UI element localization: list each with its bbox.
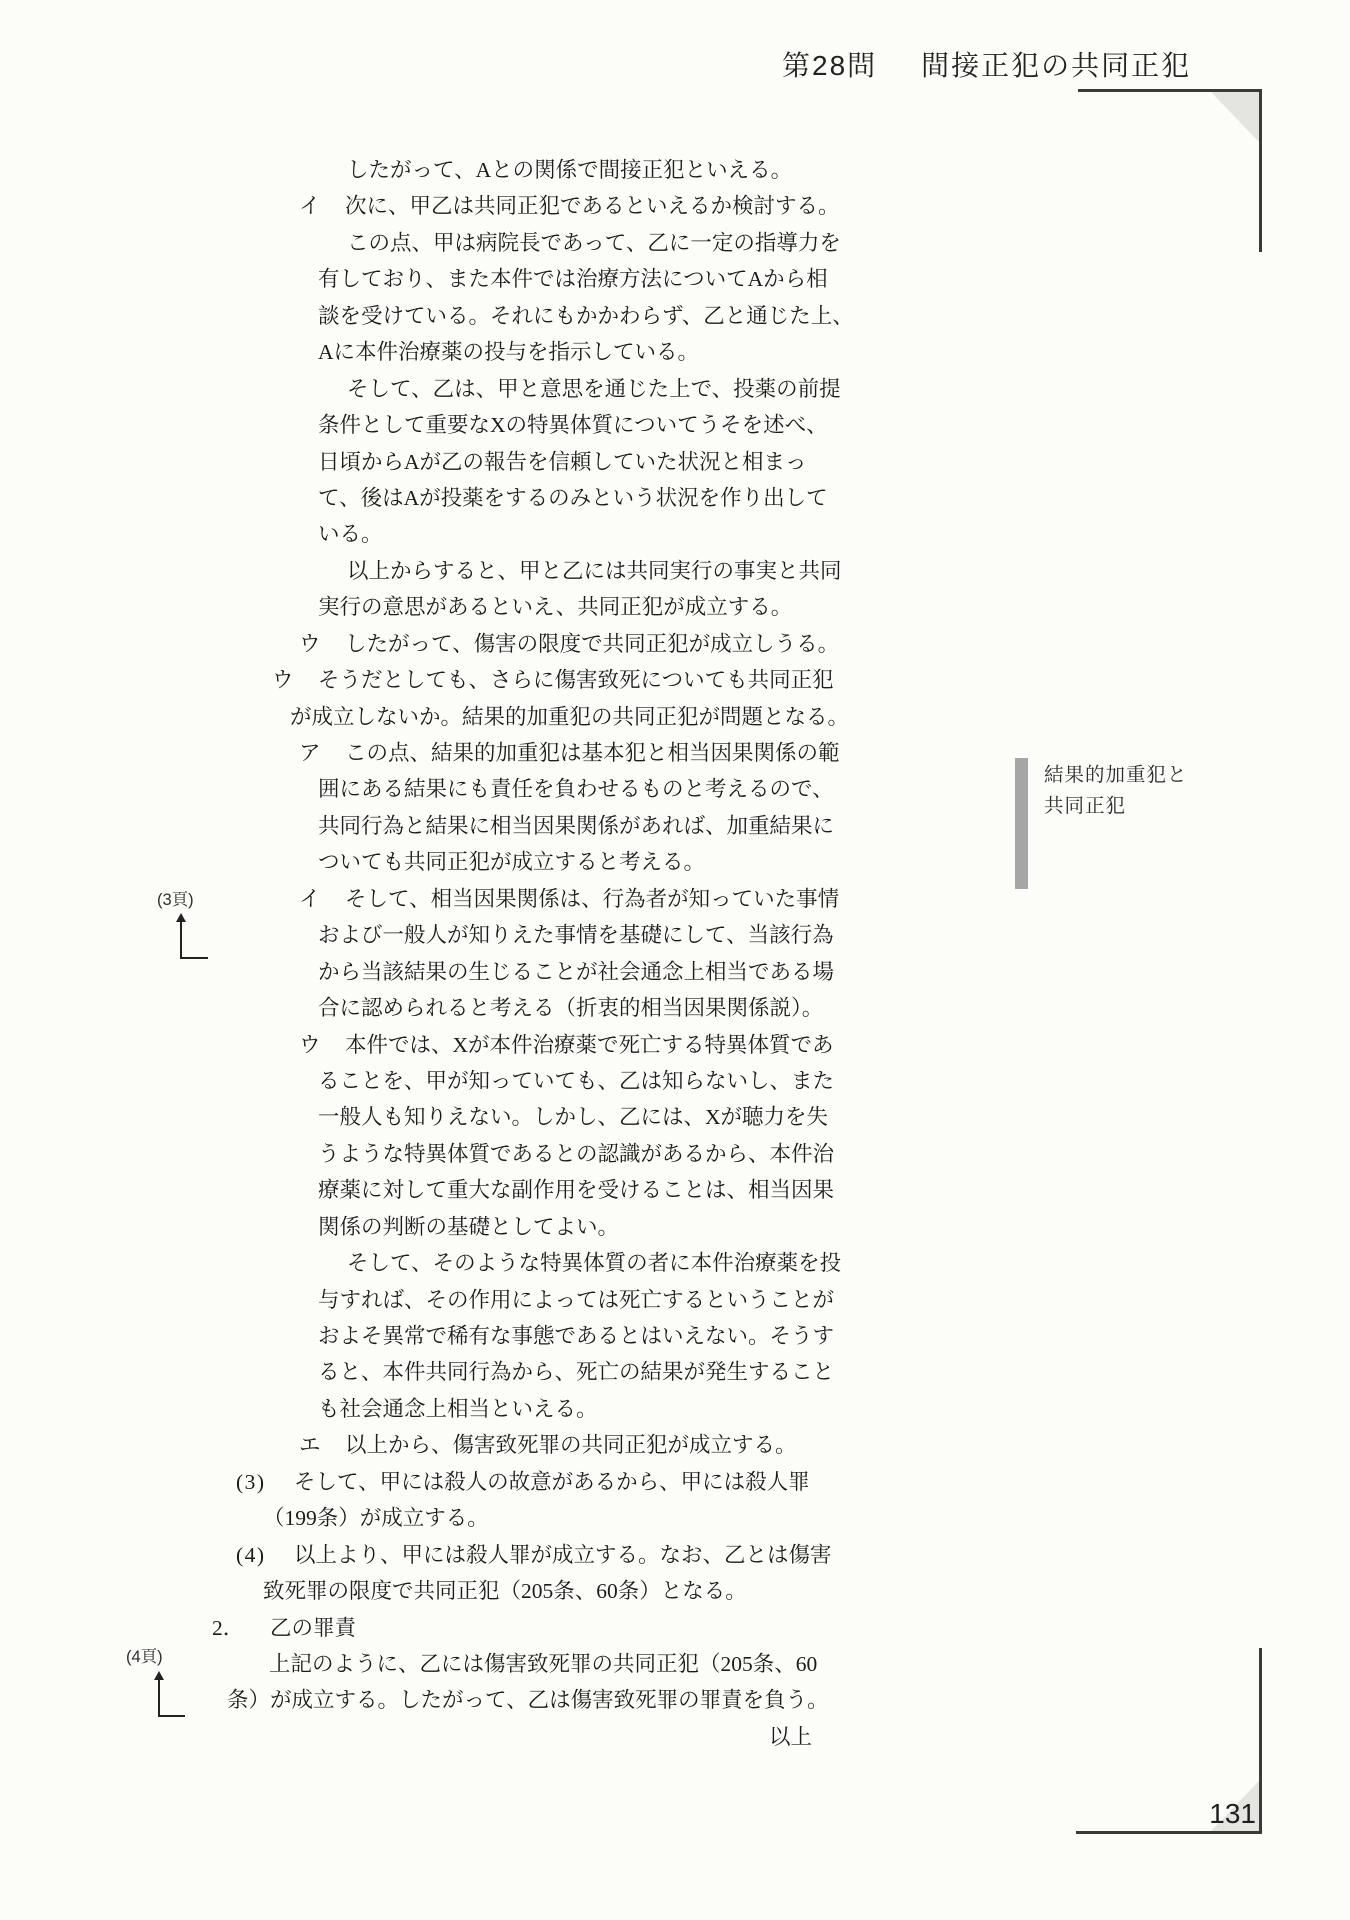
line-text: から当該結果の生じることが社会通念上相当である場 (318, 960, 834, 984)
line-text: したがって、傷害の限度で共同正犯が成立しうる。 (345, 632, 839, 656)
line-text: 条件として重要なXの特異体質についてうそを述べ、 (318, 413, 828, 437)
line-text: ると、本件共同行為から、死亡の結果が発生すること (318, 1360, 834, 1384)
line-text: この点、結果的加重犯は基本犯と相当因果関係の範 (345, 741, 840, 765)
list-marker: ウ (272, 662, 294, 698)
text-line: したがって、Aとの関係で間接正犯といえる。 (0, 152, 1350, 188)
header-rule (1078, 89, 1262, 92)
text-line: も社会通念上相当といえる。 (0, 1391, 1350, 1427)
list-marker: ウ (299, 626, 321, 662)
side-note-line: 結果的加重犯と (1044, 760, 1264, 791)
list-marker: イ (299, 188, 321, 224)
text-line: 条件として重要なXの特異体質についてうそを述べ、 (0, 407, 1350, 443)
corner-fold-top (1211, 92, 1259, 142)
text-line: そして、そのような特異体質の者に本件治療薬を投 (0, 1245, 1350, 1281)
text-line: うような特異体質であるとの認識があるから、本件治 (0, 1136, 1350, 1172)
text-line: エ以上から、傷害致死罪の共同正犯が成立する。 (0, 1427, 1350, 1463)
header-title: 間接正犯の共同正犯 (921, 50, 1191, 81)
text-line: 談を受けている。それにもかかわらず、乙と通じた上、 (0, 298, 1350, 334)
line-text: Aに本件治療薬の投与を指示している。 (318, 340, 699, 364)
line-text: 以上からすると、甲と乙には共同実行の事実と共同 (347, 559, 842, 583)
text-line: 上記のように、乙には傷害致死罪の共同正犯（205条、60 (0, 1646, 1350, 1682)
text-line: ることを、甲が知っていても、乙は知らないし、また (0, 1063, 1350, 1099)
line-text: ついても共同正犯が成立すると考える。 (318, 850, 705, 874)
line-text: この点、甲は病院長であって、乙に一定の指導力を (347, 231, 841, 255)
margin-marker-page3-arrow-stem (180, 921, 182, 959)
margin-marker-page4: (4頁) (126, 1643, 163, 1667)
margin-marker-page4-arrow-base (158, 1715, 185, 1717)
line-text: 実行の意思があるといえ、共同正犯が成立する。 (318, 595, 792, 619)
text-line: 以上 (0, 1719, 1350, 1755)
text-line: 致死罪の限度で共同正犯（205条、60条）となる。 (0, 1573, 1350, 1609)
text-line: ウそうだとしても、さらに傷害致死についても共同正犯 (0, 662, 1350, 698)
list-marker: (3) (236, 1464, 266, 1500)
text-line: 実行の意思があるといえ、共同正犯が成立する。 (0, 589, 1350, 625)
line-text: 致死罪の限度で共同正犯（205条、60条）となる。 (263, 1579, 747, 1603)
text-line: ついても共同正犯が成立すると考える。 (0, 844, 1350, 880)
line-text: そして、相当因果関係は、行為者が知っていた事情 (345, 887, 839, 911)
line-text: 乙の罪責 (270, 1616, 356, 1640)
line-text: 談を受けている。それにもかかわらず、乙と通じた上、 (318, 304, 854, 328)
text-line: イそして、相当因果関係は、行為者が知っていた事情 (0, 881, 1350, 917)
page-header: 第28問間接正犯の共同正犯 (782, 44, 1191, 84)
list-marker: ア (299, 735, 321, 771)
text-line: ウしたがって、傷害の限度で共同正犯が成立しうる。 (0, 626, 1350, 662)
text-line: この点、甲は病院長であって、乙に一定の指導力を (0, 225, 1350, 261)
text-line: 療薬に対して重大な副作用を受けることは、相当因果 (0, 1172, 1350, 1208)
text-line: （199条）が成立する。 (0, 1500, 1350, 1536)
corner-line-bottom-horizontal (1076, 1831, 1262, 1834)
line-text: 以上 (769, 1725, 812, 1749)
line-text: 日頃からAが乙の報告を信頼していた状況と相まっ (318, 450, 807, 474)
line-text: 囲にある結果にも責任を負わせるものと考えるので、 (318, 777, 834, 801)
line-text: そして、乙は、甲と意思を通じた上で、投薬の前提 (347, 377, 841, 401)
text-line: ると、本件共同行為から、死亡の結果が発生すること (0, 1354, 1350, 1390)
line-text: そして、そのような特異体質の者に本件治療薬を投 (347, 1251, 841, 1275)
line-text: 以上から、傷害致死罪の共同正犯が成立する。 (345, 1433, 797, 1457)
text-line: 条）が成立する。したがって、乙は傷害致死罪の罪責を負う。 (0, 1682, 1350, 1718)
text-line: イ次に、甲乙は共同正犯であるといえるか検討する。 (0, 188, 1350, 224)
text-line: 以上からすると、甲と乙には共同実行の事実と共同 (0, 553, 1350, 589)
text-line: Aに本件治療薬の投与を指示している。 (0, 334, 1350, 370)
text-line: 有しており、また本件では治療方法についてAから相 (0, 261, 1350, 297)
text-line: (3)そして、甲には殺人の故意があるから、甲には殺人罪 (0, 1464, 1350, 1500)
line-text: 条）が成立する。したがって、乙は傷害致死罪の罪責を負う。 (227, 1688, 829, 1712)
side-note-line: 共同正犯 (1044, 791, 1264, 822)
line-text: 療薬に対して重大な副作用を受けることは、相当因果 (318, 1178, 834, 1202)
side-note-text: 結果的加重犯と 共同正犯 (1044, 760, 1264, 822)
text-line: ウ本件では、Xが本件治療薬で死亡する特異体質であ (0, 1027, 1350, 1063)
list-marker: (4) (236, 1537, 266, 1573)
text-line: およそ異常で稀有な事態であるとはいえない。そうす (0, 1318, 1350, 1354)
line-text: 上記のように、乙には傷害致死罪の共同正犯（205条、60 (269, 1652, 817, 1676)
book-page: 第28問間接正犯の共同正犯 したがって、Aとの関係で間接正犯といえる。イ次に、甲… (0, 0, 1350, 1920)
line-text: ることを、甲が知っていても、乙は知らないし、また (318, 1069, 834, 1093)
text-line: 2．乙の罪責 (0, 1610, 1350, 1646)
line-text: 以上より、甲には殺人罪が成立する。なお、乙とは傷害 (294, 1543, 832, 1567)
line-text: 共同行為と結果に相当因果関係があれば、加重結果に (318, 814, 834, 838)
line-text: 関係の判断の基礎としてよい。 (318, 1215, 619, 1239)
text-line: 日頃からAが乙の報告を信頼していた状況と相まっ (0, 444, 1350, 480)
side-note-bar (1015, 758, 1028, 889)
line-text: 合に認められると考える（折衷的相当因果関係説）。 (318, 996, 823, 1020)
line-text: うような特異体質であるとの認識があるから、本件治 (318, 1142, 834, 1166)
text-line: て、後はAが投薬をするのみという状況を作り出して (0, 480, 1350, 516)
line-text: 一般人も知りえない。しかし、乙には、Xが聴力を失 (318, 1105, 828, 1129)
line-text: が成立しないか。結果的加重犯の共同正犯が問題となる。 (290, 705, 849, 729)
margin-marker-page3-arrow-base (180, 957, 208, 959)
line-text: したがって、Aとの関係で間接正犯といえる。 (347, 158, 792, 182)
line-text: 本件では、Xが本件治療薬で死亡する特異体質であ (345, 1033, 834, 1057)
line-text: そうだとしても、さらに傷害致死についても共同正犯 (318, 668, 834, 692)
line-text: も社会通念上相当といえる。 (318, 1397, 598, 1421)
line-text: （199条）が成立する。 (263, 1506, 489, 1530)
line-text: いる。 (318, 522, 383, 546)
line-text: および一般人が知りえた事情を基礎にして、当該行為 (318, 923, 834, 947)
text-line: 与すれば、その作用によっては死亡するということが (0, 1282, 1350, 1318)
line-text: 有しており、また本件では治療方法についてAから相 (318, 267, 828, 291)
line-text: て、後はAが投薬をするのみという状況を作り出して (318, 486, 828, 510)
text-line: および一般人が知りえた事情を基礎にして、当該行為 (0, 917, 1350, 953)
list-marker: エ (299, 1427, 321, 1463)
text-line: 合に認められると考える（折衷的相当因果関係説）。 (0, 990, 1350, 1026)
page-number: 131 (1150, 1798, 1256, 1830)
text-line: 関係の判断の基礎としてよい。 (0, 1209, 1350, 1245)
text-line: いる。 (0, 516, 1350, 552)
text-line: 一般人も知りえない。しかし、乙には、Xが聴力を失 (0, 1099, 1350, 1135)
header-problem-number: 第28問 (782, 50, 877, 81)
list-marker: ウ (299, 1027, 321, 1063)
line-text: そして、甲には殺人の故意があるから、甲には殺人罪 (294, 1470, 810, 1494)
text-line: が成立しないか。結果的加重犯の共同正犯が問題となる。 (0, 699, 1350, 735)
corner-line-bottom-vertical (1259, 1648, 1262, 1834)
margin-marker-page4-arrow-stem (158, 1679, 160, 1717)
answer-lines: したがって、Aとの関係で間接正犯といえる。イ次に、甲乙は共同正犯であるといえるか… (0, 152, 1350, 1755)
text-line: (4)以上より、甲には殺人罪が成立する。なお、乙とは傷害 (0, 1537, 1350, 1573)
list-marker: 2． (212, 1610, 244, 1646)
line-text: 次に、甲乙は共同正犯であるといえるか検討する。 (345, 194, 840, 218)
line-text: 与すれば、その作用によっては死亡するということが (318, 1288, 834, 1312)
list-marker: イ (299, 881, 321, 917)
line-text: およそ異常で稀有な事態であるとはいえない。そうす (318, 1324, 834, 1348)
text-line: そして、乙は、甲と意思を通じた上で、投薬の前提 (0, 371, 1350, 407)
margin-marker-page3: (3頁) (157, 886, 194, 910)
text-line: から当該結果の生じることが社会通念上相当である場 (0, 954, 1350, 990)
